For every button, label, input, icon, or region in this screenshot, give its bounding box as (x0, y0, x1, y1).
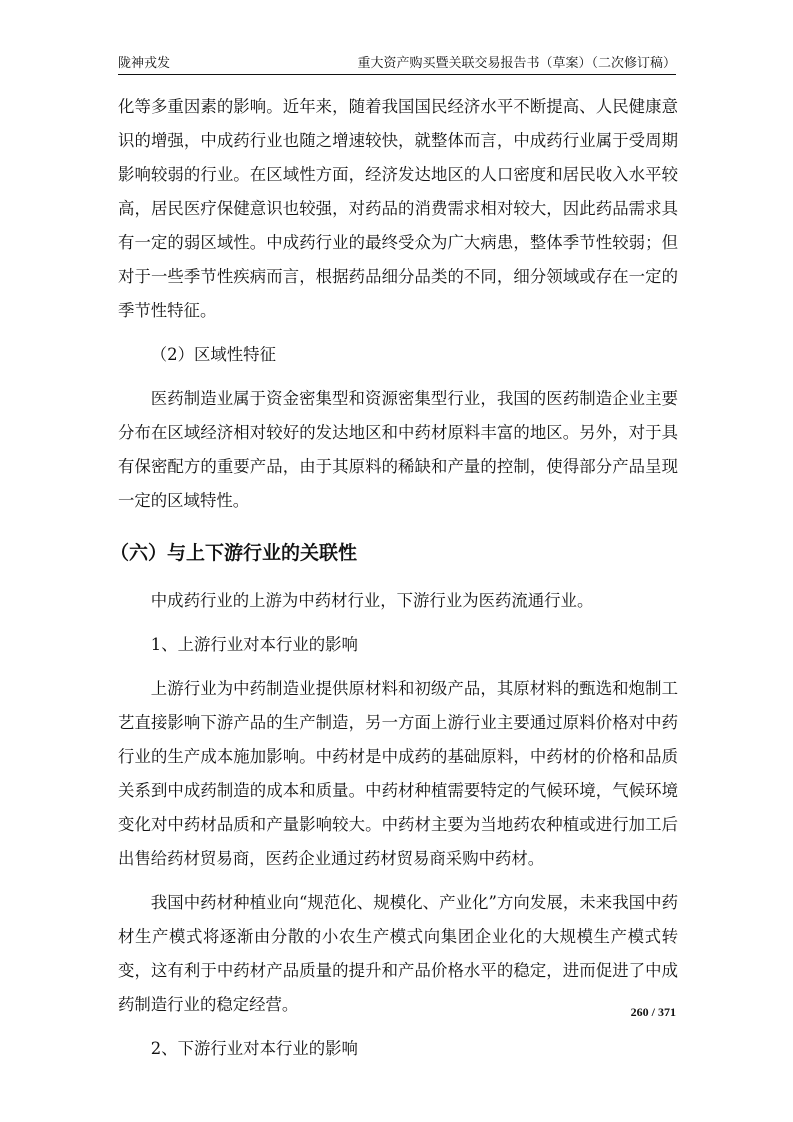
page-body: 化等多重因素的影响。近年来，随着我国国民经济水平不断提高、人民健康意识的增强，中… (118, 90, 678, 1066)
paragraph: 化等多重因素的影响。近年来，随着我国国民经济水平不断提高、人民健康意识的增强，中… (118, 90, 678, 328)
header-company-name: 陇神戎发 (118, 52, 170, 71)
paragraph: 医药制造业属于资金密集型和资源密集型行业，我国的医药制造企业主要分布在区域经济相… (118, 382, 678, 518)
section-heading: （六）与上下游行业的关联性 (110, 536, 678, 570)
page-header: 陇神戎发 重大资产购买暨关联交易报告书（草案）（二次修订稿） (118, 53, 676, 75)
paragraph: 中成药行业的上游为中药材行业，下游行业为医药流通行业。 (118, 584, 678, 618)
page-number: 260 / 371 (631, 1005, 676, 1020)
subsection-heading: （2）区域性特征 (118, 338, 678, 372)
paragraph: 上游行业为中药制造业提供原材料和初级产品，其原材料的甄选和炮制工艺直接影响下游产… (118, 672, 678, 876)
subsection-heading: 2、下游行业对本行业的影响 (118, 1032, 678, 1066)
subsection-heading: 1、上游行业对本行业的影响 (118, 628, 678, 662)
header-document-title: 重大资产购买暨关联交易报告书（草案）（二次修订稿） (357, 52, 676, 71)
paragraph: 我国中药材种植业向“规范化、规模化、产业化”方向发展，未来我国中药材生产模式将逐… (118, 886, 678, 1022)
